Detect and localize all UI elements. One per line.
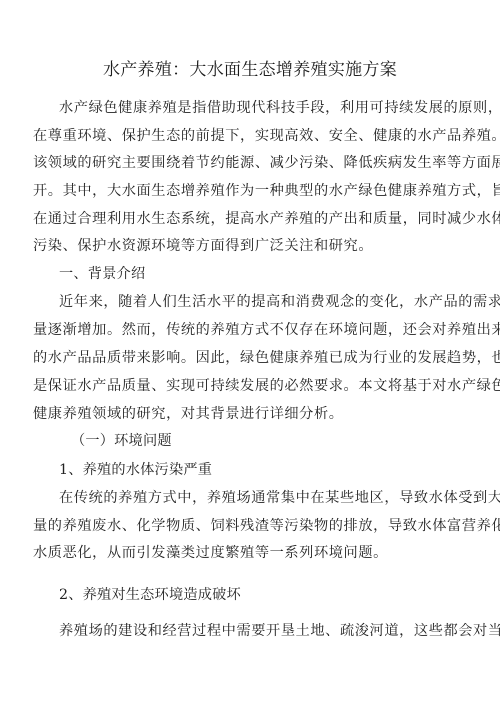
paragraph-line: 近年来，随着人们生活水平的提高和消费观念的变化，水产品的需求 bbox=[59, 292, 489, 312]
paragraph-line: 水产绿色健康养殖是指借助现代科技手段，利用可持续发展的原则， bbox=[59, 98, 489, 118]
paragraph-line: 水质恶化，从而引发藻类过度繁殖等一系列环境问题。 bbox=[33, 543, 463, 563]
paragraph-line: 开。其中，大水面生态增养殖作为一种典型的水产绿色健康养殖方式，旨 bbox=[33, 181, 463, 201]
paragraph-line: 健康养殖领域的研究，对其背景进行详细分析。 bbox=[33, 404, 463, 424]
item-heading: 1、养殖的水体污染严重 bbox=[59, 460, 489, 480]
paragraph-line: 在通过合理利用水生态系统，提高水产养殖的产出和质量，同时减少水体 bbox=[33, 209, 463, 229]
document-page: 水产养殖：大水面生态增养殖实施方案 水产绿色健康养殖是指借助现代科技手段，利用可… bbox=[0, 0, 500, 714]
paragraph-line: 量的养殖废水、化学物质、饲料残渣等污染物的排放，导致水体富营养化、 bbox=[33, 516, 463, 536]
paragraph-line: 在传统的养殖方式中，养殖场通常集中在某些地区，导致水体受到大 bbox=[59, 488, 489, 508]
paragraph-line: 的水产品品质带来影响。因此，绿色健康养殖已成为行业的发展趋势，也 bbox=[33, 348, 463, 368]
item-heading: 2、养殖对生态环境造成破坏 bbox=[59, 585, 489, 605]
paragraph-line: 在尊重环境、保护生态的前提下，实现高效、安全、健康的水产品养殖。 bbox=[33, 126, 463, 146]
paragraph-line: 量逐渐增加。然而，传统的养殖方式不仅存在环境问题，还会对养殖出来 bbox=[33, 320, 463, 340]
paragraph-line: 是保证水产品质量、实现可持续发展的必然要求。本文将基于对水产绿色 bbox=[33, 376, 463, 396]
subsection-heading: （一）环境问题 bbox=[71, 431, 500, 451]
paragraph-line: 该领域的研究主要围绕着节约能源、减少污染、降低疾病发生率等方面展 bbox=[33, 153, 463, 173]
section-heading: 一、背景介绍 bbox=[59, 264, 489, 284]
document-title: 水产养殖：大水面生态增养殖实施方案 bbox=[0, 58, 500, 82]
paragraph-line: 养殖场的建设和经营过程中需要开垦土地、疏浚河道，这些都会对当 bbox=[59, 621, 489, 641]
paragraph-line: 污染、保护水资源环境等方面得到广泛关注和研究。 bbox=[33, 236, 463, 256]
